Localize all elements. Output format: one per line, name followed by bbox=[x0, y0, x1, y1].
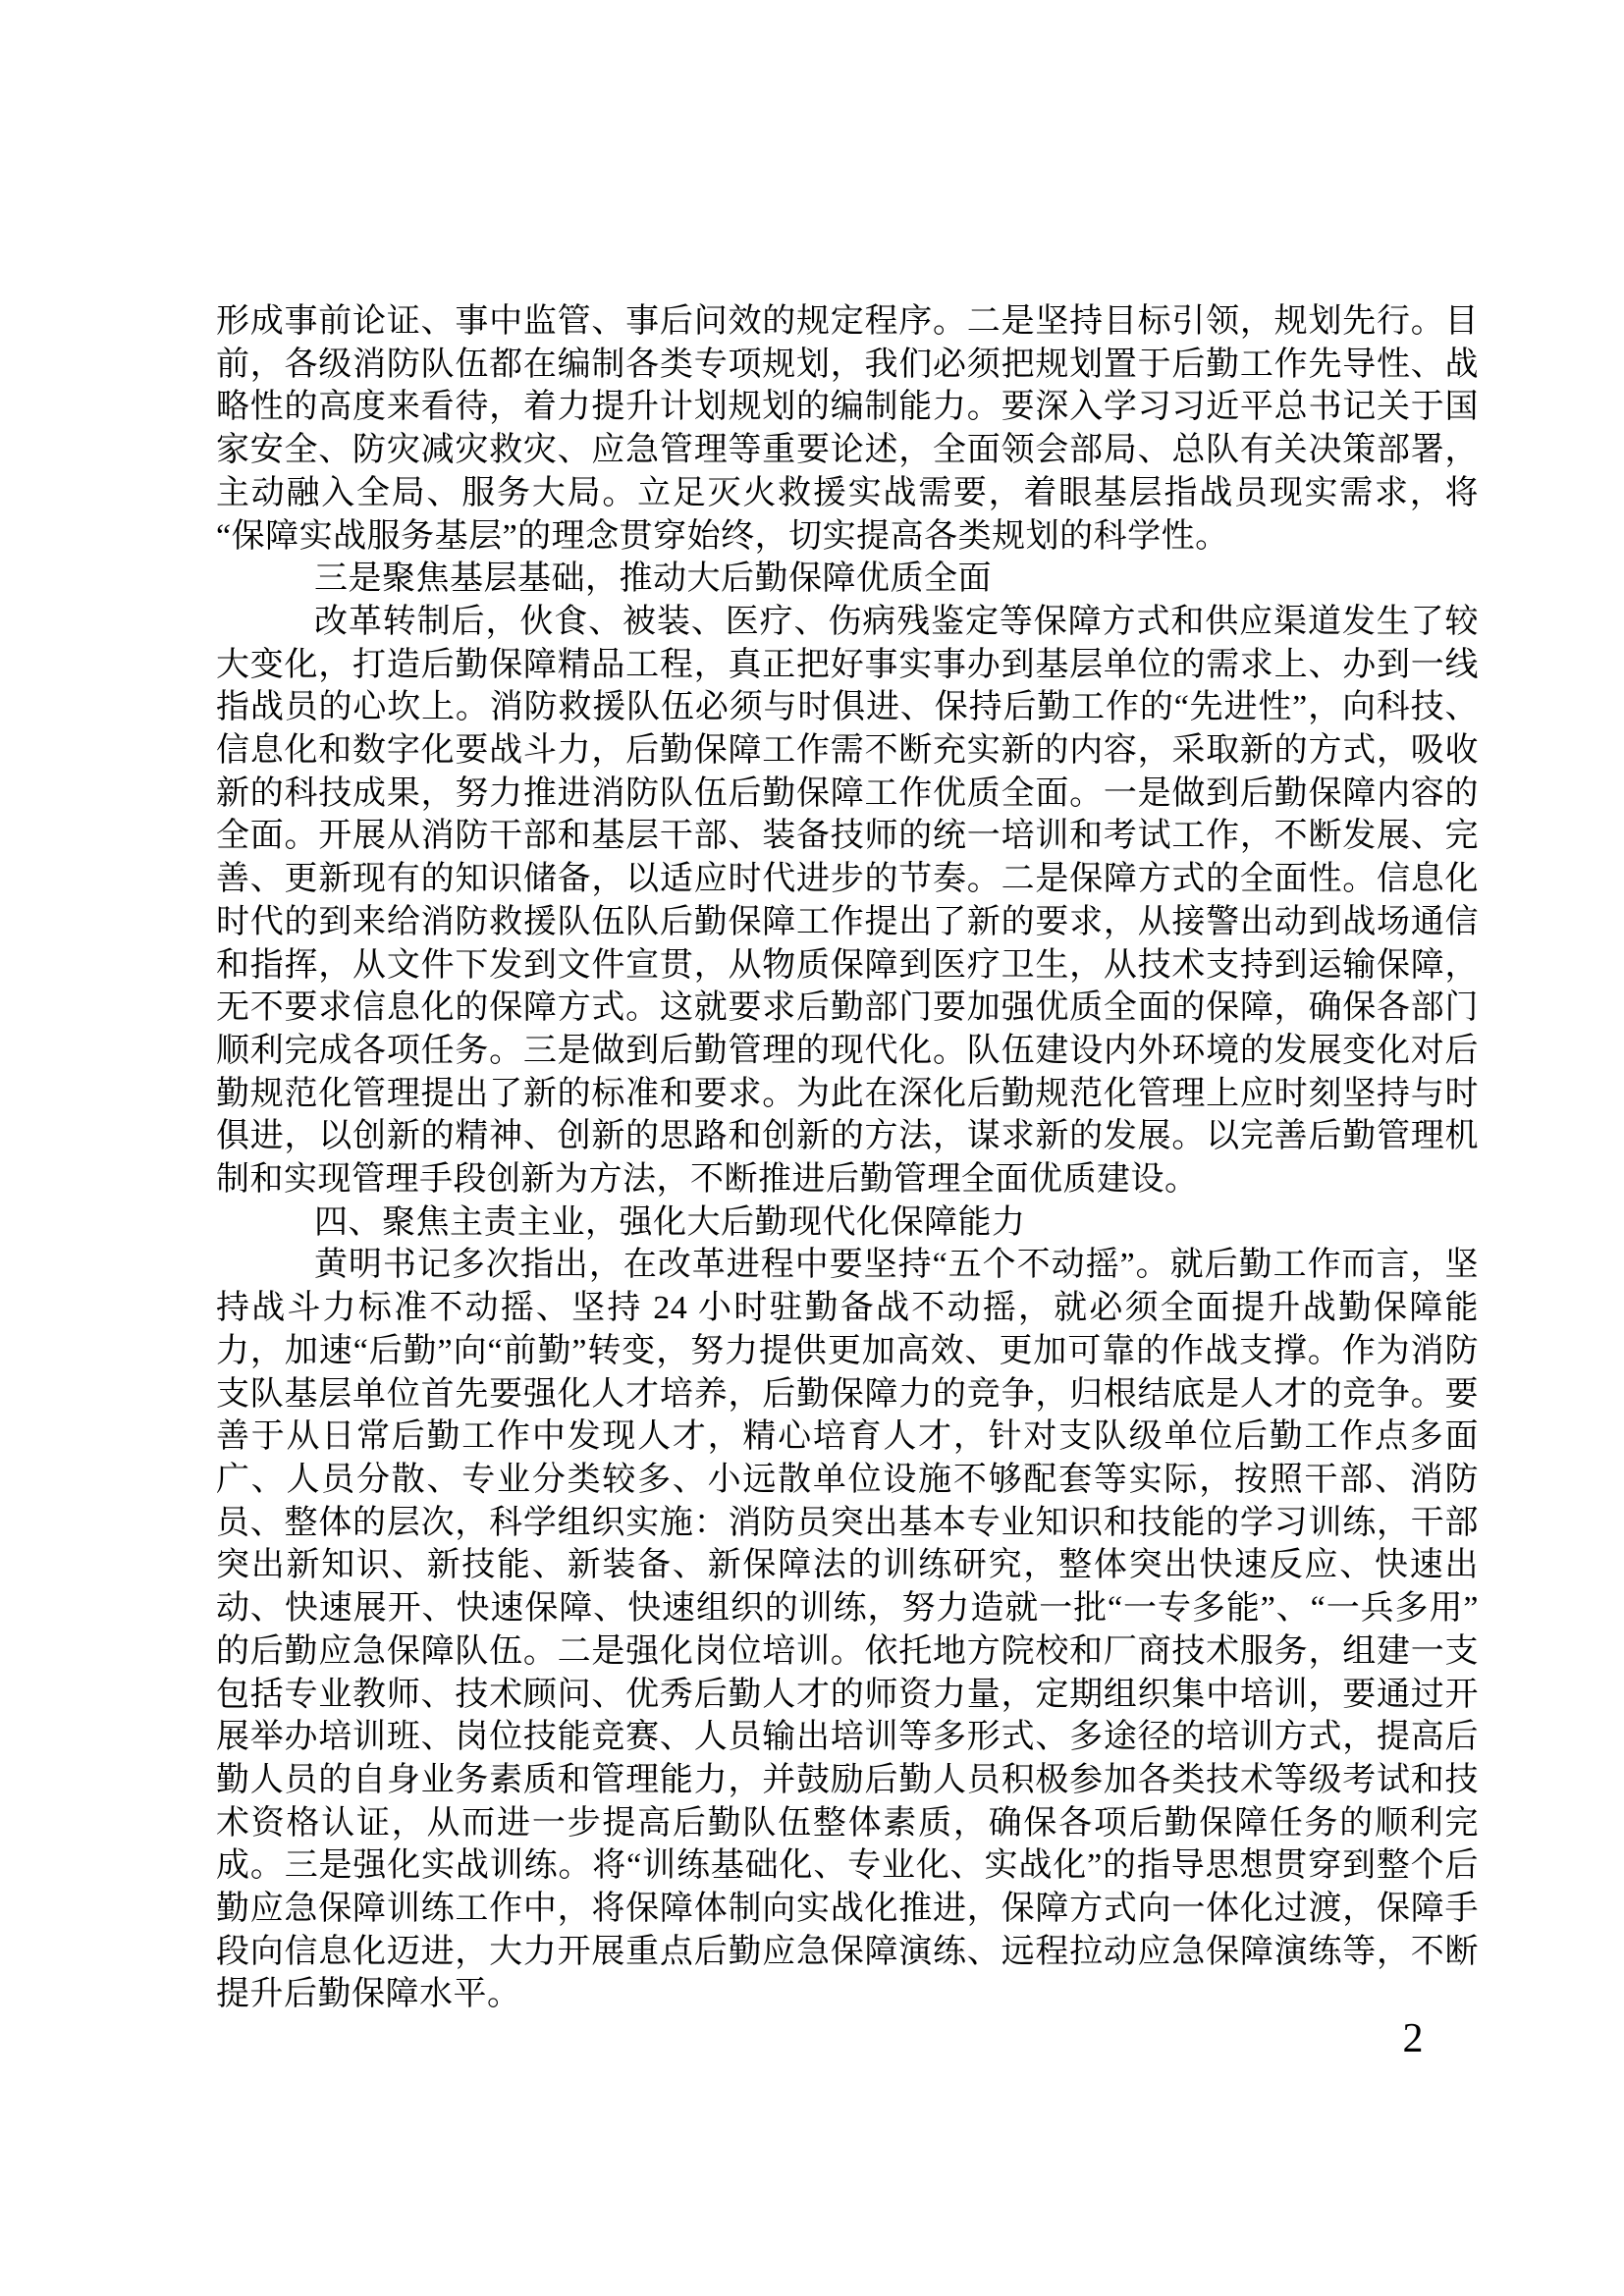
document-page: 形成事前论证、事中监管、事后问效的规定程序。二是坚持目标引领，规划先行。目前，各… bbox=[0, 0, 1624, 2296]
subsection-heading-three: 三是聚焦基层基础，推动大后勤保障优质全面 bbox=[216, 558, 1479, 601]
text-column: 形成事前论证、事中监管、事后问效的规定程序。二是坚持目标引领，规划先行。目前，各… bbox=[216, 300, 1479, 2016]
body-paragraph-three: 改革转制后，伙食、被装、医疗、伤病残鉴定等保障方式和供应渠道发生了较大变化，打造… bbox=[216, 601, 1479, 1201]
body-paragraph-four: 黄明书记多次指出，在改革进程中要坚持“五个不动摇”。就后勤工作而言，坚持战斗力标… bbox=[216, 1244, 1479, 2016]
body-paragraph-continuation: 形成事前论证、事中监管、事后问效的规定程序。二是坚持目标引领，规划先行。目前，各… bbox=[216, 300, 1479, 558]
page-number: 2 bbox=[1380, 2014, 1445, 2063]
section-heading-four: 四、聚焦主责主业，强化大后勤现代化保障能力 bbox=[216, 1201, 1479, 1245]
